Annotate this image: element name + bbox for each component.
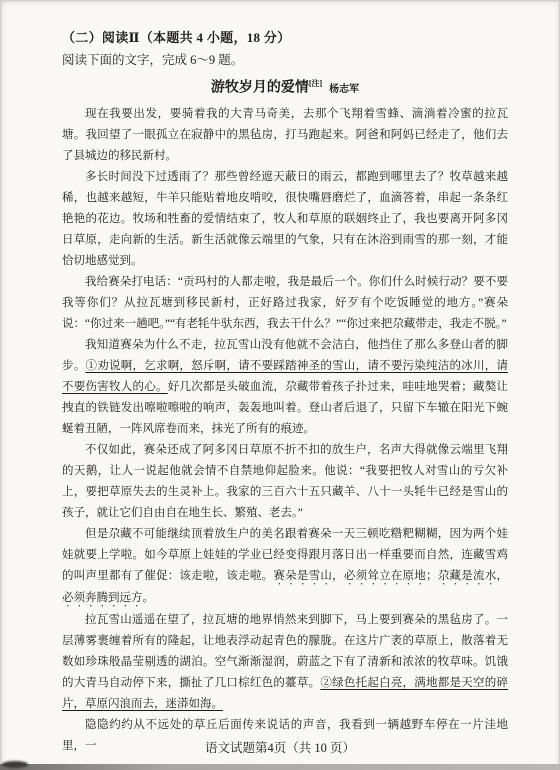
- passage-title-line: 游牧岁月的爱情[注]杨志军: [62, 72, 508, 102]
- text-segment: 多长时间没下过透雨了？那些曾经遮天蔽日的雨云，都跑到哪里去了？牧草越来越稀，也越…: [62, 171, 508, 267]
- paragraph: 不仅如此，赛朵还成了阿多冈日草原不折不扣的放生户，名声大得就像云端里飞翔的天鹅，…: [62, 440, 508, 524]
- page-footer: 语文试题第4页（共 10 页）: [0, 738, 560, 756]
- scan-edge-bottom: [0, 764, 560, 770]
- scan-smudge: [2, 761, 28, 768]
- paragraph: 多长时间没下过透雨了？那些曾经遮天蔽日的雨云，都跑到哪里去了？牧草越来越稀，也越…: [62, 167, 508, 272]
- reading-instruction: 阅读下面的文字，完成 6～9 题。: [62, 49, 508, 71]
- passage-author: 杨志军: [329, 84, 359, 95]
- paragraph: 拉瓦雪山遥遥在望了，拉瓦塘的地界悄然来到脚下，马上要到赛朵的黑毡房了。一层薄雾裹…: [62, 610, 508, 715]
- passage-title: 游牧岁月的爱情: [211, 81, 309, 96]
- article-body: 现在我要出发，要骑着我的大青马奇美，去那个飞翔着雪蜂、滴淌着冷蜜的拉瓦塘。我回望…: [62, 104, 508, 757]
- paragraph: 我给赛朵打电话：“贡玛村的人都走啦，我是最后一个。你们什么时候行动？要不要我等你…: [62, 272, 508, 335]
- text-segment: 不仅如此，赛朵还成了阿多冈日草原不折不扣的放生户，名声大得就像云端里飞翔的天鹅，…: [62, 444, 508, 519]
- text-segment: 我给赛朵打电话：“贡玛村的人都走啦，我是最后一个。你们什么时候行动？要不要我等你…: [62, 276, 508, 330]
- page-content: （二）阅读Ⅱ（本题共 4 小题，18 分） 阅读下面的文字，完成 6～9 题。 …: [62, 27, 508, 757]
- paragraph: 但是尕藏不可能继续顶着放生户的美名跟着赛朵一天三顿吃糌粑糊糊，因为两个娃娃就要上…: [62, 524, 508, 610]
- text-segment: 现在我要出发，要骑着我的大青马奇美，去那个飞翔着雪蜂、滴淌着冷蜜的拉瓦塘。我回望…: [62, 108, 508, 162]
- title-note: [注]: [309, 79, 322, 88]
- exam-page: （二）阅读Ⅱ（本题共 4 小题，18 分） 阅读下面的文字，完成 6～9 题。 …: [0, 0, 560, 770]
- paragraph: 现在我要出发，要骑着我的大青马奇美，去那个飞翔着雪蜂、滴淌着冷蜜的拉瓦塘。我回望…: [62, 104, 508, 167]
- section-header: （二）阅读Ⅱ（本题共 4 小题，18 分）: [62, 27, 508, 49]
- paragraph: 我知道赛朵为什么不走，拉瓦雪山没有他就不会洁白，他挡住了那么多登山者的脚步。①劝…: [62, 335, 508, 440]
